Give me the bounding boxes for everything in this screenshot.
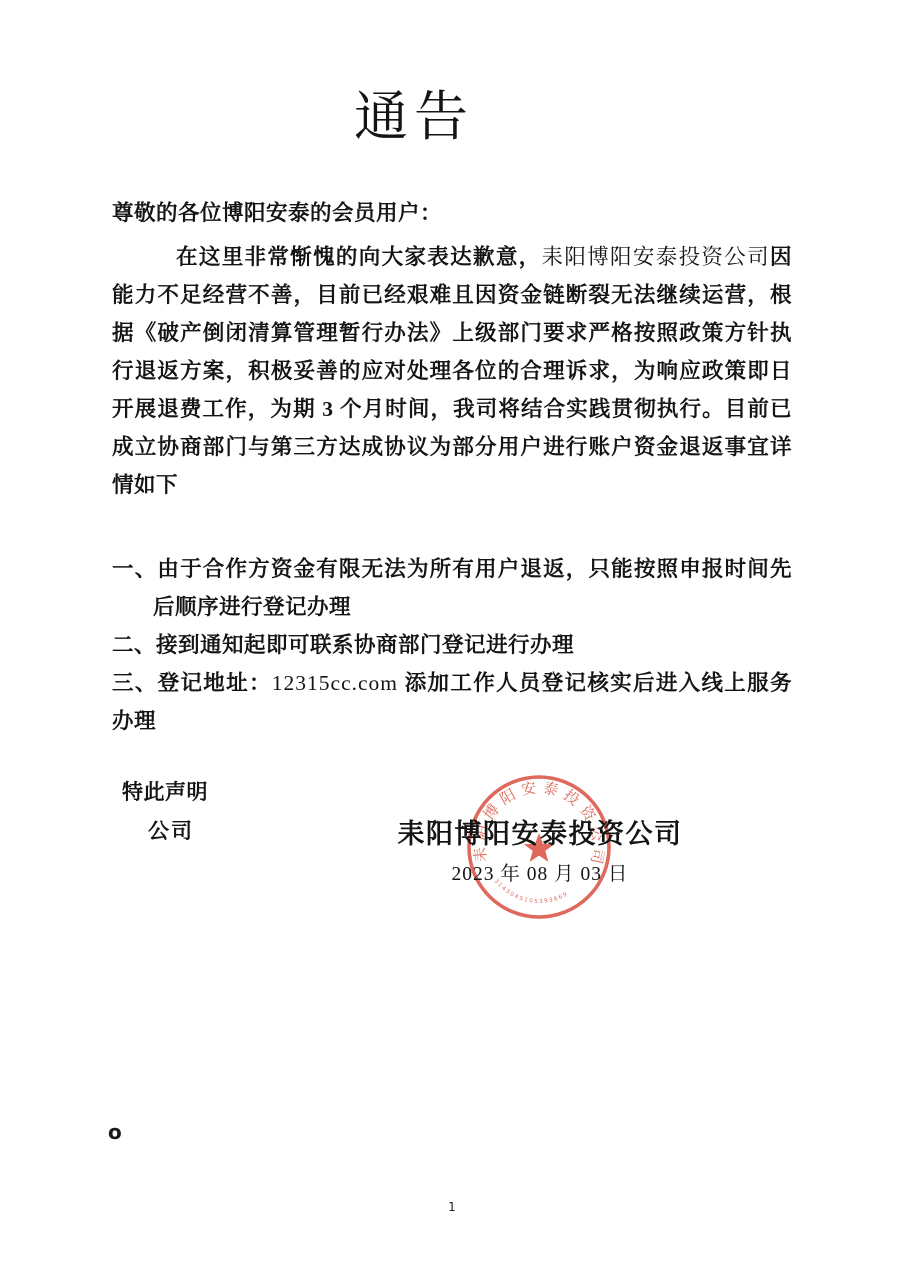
paragraph-run: 在这里非常惭愧的向大家表达歉意， bbox=[176, 245, 542, 269]
list-item-text: 登记地址： bbox=[158, 671, 272, 695]
signature-block: 耒阳博阳安泰投资公司 2023 年 08 月 03 日 bbox=[330, 817, 750, 886]
list-marker: 三、 bbox=[112, 671, 158, 695]
company-name-inline: 耒阳博阳安泰投资公司 bbox=[542, 245, 770, 269]
salutation: 尊敬的各位博阳安泰的会员用户： bbox=[112, 196, 792, 230]
closing-statement: 特此声明 bbox=[122, 776, 792, 808]
document-page: 通告 尊敬的各位博阳安泰的会员用户： 在这里非常惭愧的向大家表达歉意，耒阳博阳安… bbox=[0, 0, 904, 1280]
list-item-text: 接到通知起即可联系协商部门登记进行办理 bbox=[156, 633, 574, 657]
list-item-3: 三、登记地址：12315cc.com 添加工作人员登记核实后进入线上服务办理 bbox=[112, 664, 792, 740]
document-content: 通告 尊敬的各位博阳安泰的会员用户： 在这里非常惭愧的向大家表达歉意，耒阳博阳安… bbox=[0, 0, 904, 847]
list-item-text: 由于合作方资金有限无法为所有用户退返，只能按照申报时间先后顺序进行登记办理 bbox=[153, 557, 792, 619]
list-item-1: 一、由于合作方资金有限无法为所有用户退返，只能按照申报时间先后顺序进行登记办理 bbox=[112, 550, 792, 626]
signature-company-name: 耒阳博阳安泰投资公司 bbox=[330, 817, 750, 851]
stray-character: o bbox=[108, 1120, 122, 1144]
registration-url: 12315cc.com bbox=[272, 671, 398, 695]
list-marker: 一、 bbox=[112, 557, 157, 581]
signature-date: 2023 年 08 月 03 日 bbox=[330, 858, 750, 886]
body-paragraph: 在这里非常惭愧的向大家表达歉意，耒阳博阳安泰投资公司因能力不足经营不善，目前已经… bbox=[112, 238, 792, 504]
list-marker: 二、 bbox=[112, 633, 156, 657]
list-item-2: 二、接到通知起即可联系协商部门登记进行办理 bbox=[112, 626, 792, 664]
page-title: 通告 bbox=[74, 0, 754, 152]
page-number: 1 bbox=[0, 1200, 904, 1214]
paragraph-run: 因能力不足经营不善，目前已经艰难且因资金链断裂无法继续运营，根据《破产倒闭清算管… bbox=[112, 245, 792, 497]
numbered-list: 一、由于合作方资金有限无法为所有用户退返，只能按照申报时间先后顺序进行登记办理 … bbox=[112, 550, 792, 740]
